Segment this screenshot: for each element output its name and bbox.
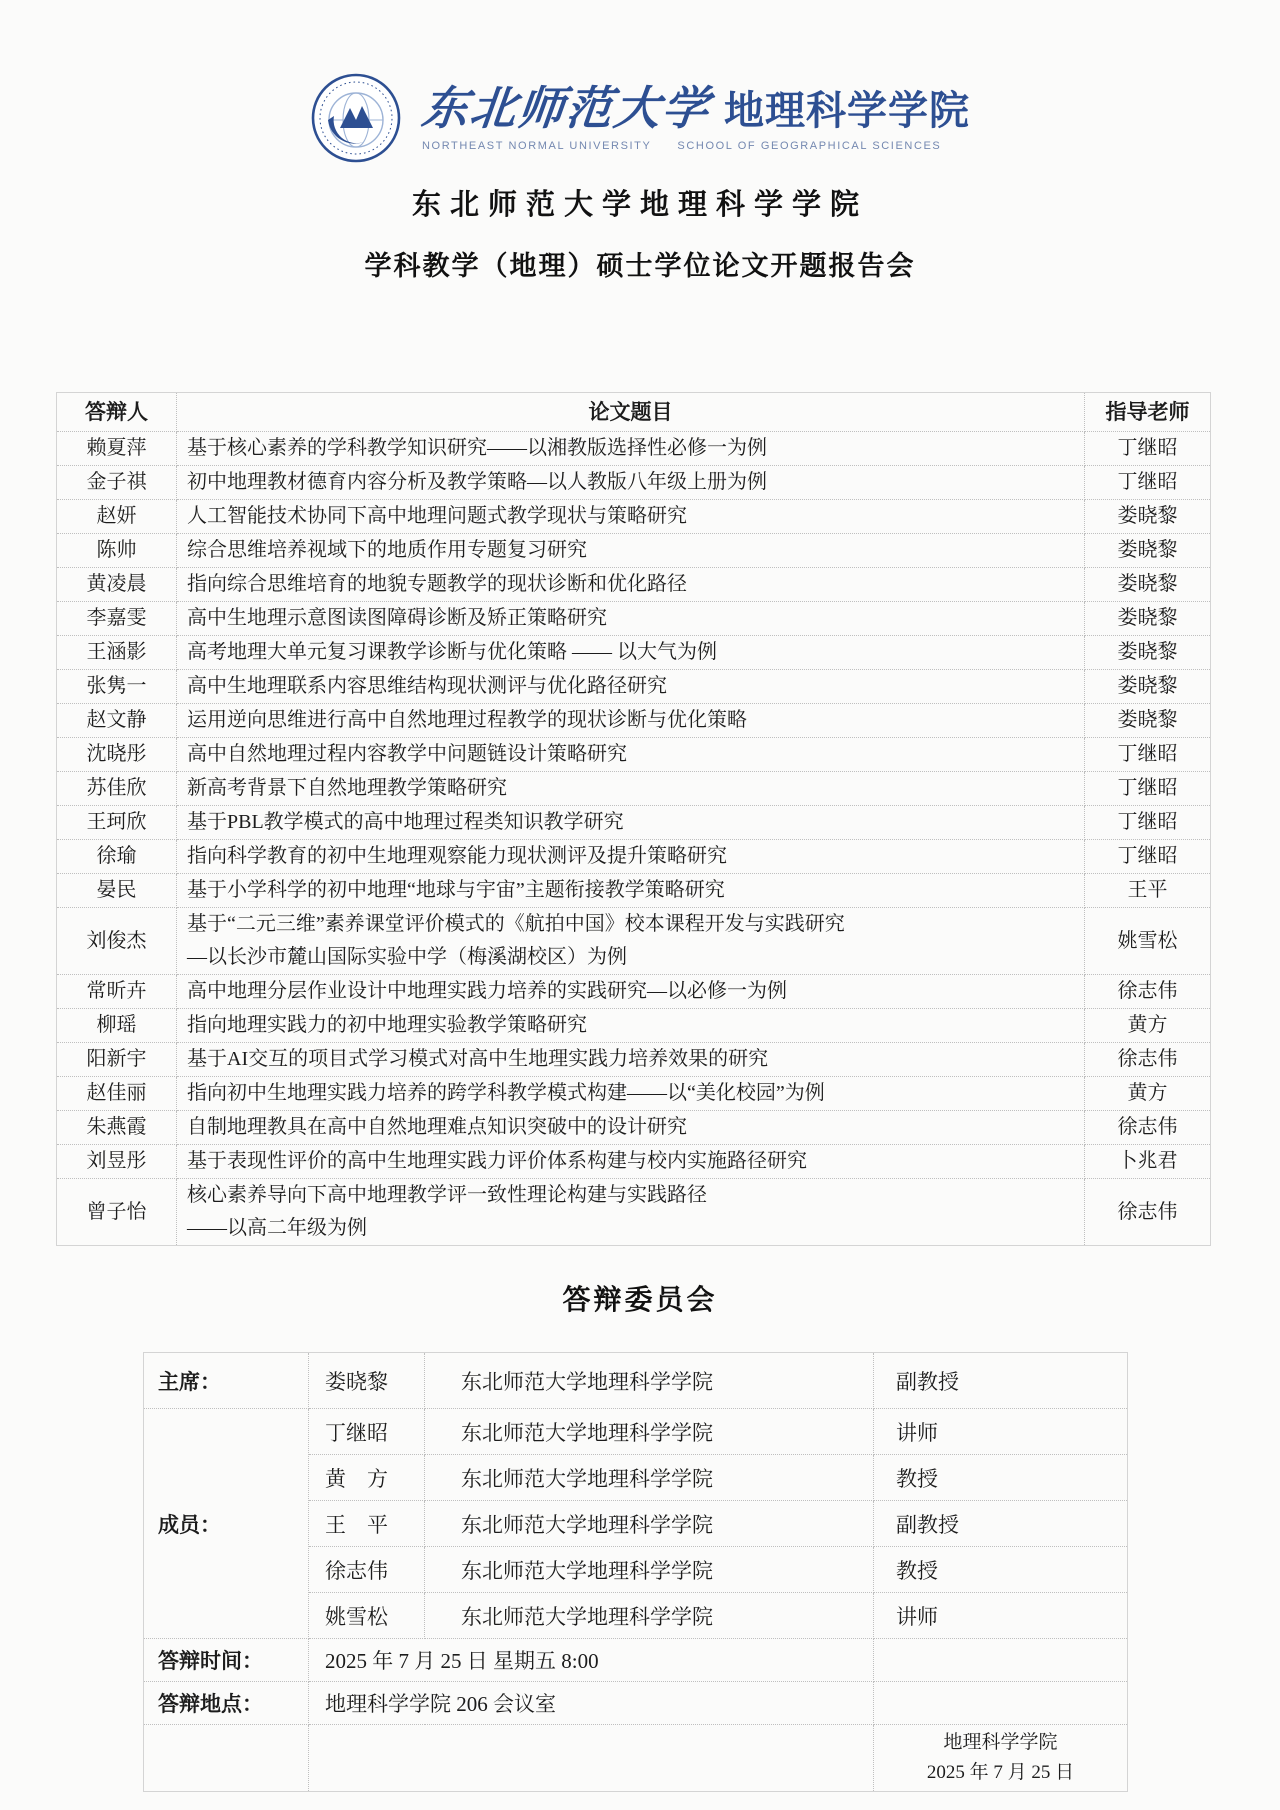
thesis-title-cell: 自制地理教具在高中自然地理难点知识突破中的设计研究 xyxy=(177,1111,1085,1145)
thesis-title-line: 基于小学科学的初中地理“地球与宇宙”主题衔接教学策略研究 xyxy=(187,874,1084,907)
member-name: 姚雪松 xyxy=(309,1593,425,1639)
thesis-title-cell: 核心素养导向下高中地理教学评一致性理论构建与实践路径——以高二年级为例 xyxy=(177,1179,1085,1246)
thesis-title-line: 基于“二元三维”素养课堂评价模式的《航拍中国》校本课程开发与实践研究 xyxy=(187,908,1084,941)
advisor-cell: 徐志伟 xyxy=(1085,975,1211,1009)
defense-table: 答辩人 论文题目 指导老师 赖夏萍基于核心素养的学科教学知识研究——以湘教版选择… xyxy=(56,392,1211,1246)
table-row: 赵佳丽指向初中生地理实践力培养的跨学科教学模式构建——以“美化校园”为例黄方 xyxy=(57,1077,1211,1111)
thesis-title-line: 高中生地理联系内容思维结构现状测评与优化路径研究 xyxy=(187,670,1084,703)
advisor-cell: 黄方 xyxy=(1085,1077,1211,1111)
advisor-cell: 丁继昭 xyxy=(1085,432,1211,466)
thesis-title-cell: 基于PBL教学模式的高中地理过程类知识教学研究 xyxy=(177,806,1085,840)
defender-name-cell: 张隽一 xyxy=(57,670,177,704)
thesis-title-line: 新高考背景下自然地理教学策略研究 xyxy=(187,772,1084,805)
chair-name: 娄晓黎 xyxy=(309,1353,425,1409)
thesis-title-cell: 高考地理大单元复习课教学诊断与优化策略 —— 以大气为例 xyxy=(177,636,1085,670)
table-row: 朱燕霞自制地理教具在高中自然地理难点知识突破中的设计研究徐志伟 xyxy=(57,1111,1211,1145)
committee-chair-row: 主席： 娄晓黎 东北师范大学地理科学学院 副教授 xyxy=(144,1353,1128,1409)
table-row: 曾子怡核心素养导向下高中地理教学评一致性理论构建与实践路径——以高二年级为例徐志… xyxy=(57,1179,1211,1246)
table-row: 黄凌晨指向综合思维培育的地貌专题教学的现状诊断和优化路径娄晓黎 xyxy=(57,568,1211,602)
thesis-title-cell: 基于“二元三维”素养课堂评价模式的《航拍中国》校本课程开发与实践研究—以长沙市麓… xyxy=(177,908,1085,975)
signature-cell: 地理科学学院 2025 年 7 月 25 日 xyxy=(874,1725,1128,1792)
defender-name-cell: 黄凌晨 xyxy=(57,568,177,602)
logo-university-name-en: NORTHEAST NORMAL UNIVERSITY xyxy=(422,140,651,152)
defender-name-cell: 常昕卉 xyxy=(57,975,177,1009)
thesis-title-line: 核心素养导向下高中地理教学评一致性理论构建与实践路径 xyxy=(187,1179,1084,1212)
defender-name-cell: 赖夏萍 xyxy=(57,432,177,466)
table-row: 刘俊杰基于“二元三维”素养课堂评价模式的《航拍中国》校本课程开发与实践研究—以长… xyxy=(57,908,1211,975)
advisor-cell: 娄晓黎 xyxy=(1085,602,1211,636)
thesis-title-cell: 基于AI交互的项目式学习模式对高中生地理实践力培养效果的研究 xyxy=(177,1043,1085,1077)
advisor-cell: 丁继昭 xyxy=(1085,806,1211,840)
thesis-title-line: 高中自然地理过程内容教学中问题链设计策略研究 xyxy=(187,738,1084,771)
thesis-title-line: 指向科学教育的初中生地理观察能力现状测评及提升策略研究 xyxy=(187,840,1084,873)
member-affiliation: 东北师范大学地理科学学院 xyxy=(425,1593,874,1639)
advisor-cell: 丁继昭 xyxy=(1085,840,1211,874)
logo-university-name: 东北师范大学 xyxy=(420,85,713,131)
table-row: 刘昱彤基于表现性评价的高中生地理实践力评价体系构建与校内实施路径研究卜兆君 xyxy=(57,1145,1211,1179)
defender-name-cell: 赵文静 xyxy=(57,704,177,738)
page-subtitle: 学科教学（地理）硕士学位论文开题报告会 xyxy=(0,244,1280,283)
advisor-cell: 王平 xyxy=(1085,874,1211,908)
thesis-title-line: 人工智能技术协同下高中地理问题式教学现状与策略研究 xyxy=(187,500,1084,533)
defense-place-row: 答辩地点： 地理科学学院 206 会议室 xyxy=(144,1682,1128,1725)
advisor-cell: 徐志伟 xyxy=(1085,1179,1211,1246)
defender-name-cell: 赵佳丽 xyxy=(57,1077,177,1111)
member-name: 黄 方 xyxy=(309,1455,425,1501)
thesis-title-cell: 基于核心素养的学科教学知识研究——以湘教版选择性必修一为例 xyxy=(177,432,1085,466)
chair-affiliation: 东北师范大学地理科学学院 xyxy=(425,1353,874,1409)
member-affiliation: 东北师范大学地理科学学院 xyxy=(425,1455,874,1501)
chair-label: 主席： xyxy=(144,1353,309,1409)
member-rank: 讲师 xyxy=(874,1409,1128,1455)
thesis-title-cell: 综合思维培养视域下的地质作用专题复习研究 xyxy=(177,534,1085,568)
table-row: 柳瑶指向地理实践力的初中地理实验教学策略研究黄方 xyxy=(57,1009,1211,1043)
place-row-empty-cell xyxy=(874,1682,1128,1725)
thesis-title-line: 高考地理大单元复习课教学诊断与优化策略 —— 以大气为例 xyxy=(187,636,1084,669)
member-affiliation: 东北师范大学地理科学学院 xyxy=(425,1501,874,1547)
advisor-cell: 娄晓黎 xyxy=(1085,568,1211,602)
thesis-title-line: 高中生地理示意图读图障碍诊断及矫正策略研究 xyxy=(187,602,1084,635)
advisor-cell: 徐志伟 xyxy=(1085,1043,1211,1077)
defender-name-cell: 苏佳欣 xyxy=(57,772,177,806)
member-rank: 教授 xyxy=(874,1455,1128,1501)
committee-table: 主席： 娄晓黎 东北师范大学地理科学学院 副教授 成员：丁继昭东北师范大学地理科… xyxy=(143,1352,1128,1792)
thesis-title-line: 基于AI交互的项目式学习模式对高中生地理实践力培养效果的研究 xyxy=(187,1043,1084,1076)
defender-name-cell: 王珂欣 xyxy=(57,806,177,840)
thesis-title-cell: 高中生地理示意图读图障碍诊断及矫正策略研究 xyxy=(177,602,1085,636)
school-logo: 东北师范大学 地理科学学院 NORTHEAST NORMAL UNIVERSIT… xyxy=(0,72,1280,164)
thesis-title-cell: 基于表现性评价的高中生地理实践力评价体系构建与校内实施路径研究 xyxy=(177,1145,1085,1179)
thesis-title-cell: 高中生地理联系内容思维结构现状测评与优化路径研究 xyxy=(177,670,1085,704)
defender-name-cell: 阳新宇 xyxy=(57,1043,177,1077)
advisor-cell: 娄晓黎 xyxy=(1085,670,1211,704)
logo-school-name: 地理科学学院 xyxy=(724,91,970,131)
member-rank: 副教授 xyxy=(874,1501,1128,1547)
defense-table-body: 赖夏萍基于核心素养的学科教学知识研究——以湘教版选择性必修一为例丁继昭金子祺初中… xyxy=(57,432,1211,1246)
committee-table-body: 主席： 娄晓黎 东北师范大学地理科学学院 副教授 成员：丁继昭东北师范大学地理科… xyxy=(144,1353,1128,1792)
table-row: 赵文静运用逆向思维进行高中自然地理过程教学的现状诊断与优化策略娄晓黎 xyxy=(57,704,1211,738)
advisor-cell: 姚雪松 xyxy=(1085,908,1211,975)
place-value: 地理科学学院 206 会议室 xyxy=(309,1682,874,1725)
defender-name-cell: 刘俊杰 xyxy=(57,908,177,975)
thesis-title-cell: 运用逆向思维进行高中自然地理过程教学的现状诊断与优化策略 xyxy=(177,704,1085,738)
member-name: 丁继昭 xyxy=(309,1409,425,1455)
logo-school-name-en: SCHOOL OF GEOGRAPHICAL SCIENCES xyxy=(677,140,941,152)
table-row: 徐瑜指向科学教育的初中生地理观察能力现状测评及提升策略研究丁继昭 xyxy=(57,840,1211,874)
advisor-cell: 娄晓黎 xyxy=(1085,534,1211,568)
place-label: 答辩地点： xyxy=(144,1682,309,1725)
thesis-title-line: 指向初中生地理实践力培养的跨学科教学模式构建——以“美化校园”为例 xyxy=(187,1077,1084,1110)
member-rank: 教授 xyxy=(874,1547,1128,1593)
advisor-cell: 娄晓黎 xyxy=(1085,500,1211,534)
advisor-cell: 卜兆君 xyxy=(1085,1145,1211,1179)
members-label: 成员： xyxy=(144,1409,309,1639)
defender-name-cell: 李嘉雯 xyxy=(57,602,177,636)
defender-name-cell: 朱燕霞 xyxy=(57,1111,177,1145)
advisor-cell: 徐志伟 xyxy=(1085,1111,1211,1145)
signature-row: 地理科学学院 2025 年 7 月 25 日 xyxy=(144,1725,1128,1792)
signature-date: 2025 年 7 月 25 日 xyxy=(874,1758,1127,1788)
chair-rank: 副教授 xyxy=(874,1353,1128,1409)
table-row: 晏民基于小学科学的初中地理“地球与宇宙”主题衔接教学策略研究王平 xyxy=(57,874,1211,908)
thesis-title-cell: 指向科学教育的初中生地理观察能力现状测评及提升策略研究 xyxy=(177,840,1085,874)
defender-name-cell: 金子祺 xyxy=(57,466,177,500)
thesis-title-line: ——以高二年级为例 xyxy=(187,1212,1084,1245)
thesis-title-line: 自制地理教具在高中自然地理难点知识突破中的设计研究 xyxy=(187,1111,1084,1144)
thesis-title-line: 基于核心素养的学科教学知识研究——以湘教版选择性必修一为例 xyxy=(187,432,1084,465)
thesis-title-cell: 高中地理分层作业设计中地理实践力培养的实践研究—以必修一为例 xyxy=(177,975,1085,1009)
thesis-title-cell: 初中地理教材德育内容分析及教学策略—以人教版八年级上册为例 xyxy=(177,466,1085,500)
thesis-title-line: 基于PBL教学模式的高中地理过程类知识教学研究 xyxy=(187,806,1084,839)
thesis-title-cell: 指向初中生地理实践力培养的跨学科教学模式构建——以“美化校园”为例 xyxy=(177,1077,1085,1111)
time-value: 2025 年 7 月 25 日 星期五 8:00 xyxy=(309,1639,874,1682)
member-name: 王 平 xyxy=(309,1501,425,1547)
thesis-title-line: 指向地理实践力的初中地理实验教学策略研究 xyxy=(187,1009,1084,1042)
defender-name-cell: 刘昱彤 xyxy=(57,1145,177,1179)
signature-row-empty-label xyxy=(144,1725,309,1792)
document-page: 东北师范大学 地理科学学院 NORTHEAST NORMAL UNIVERSIT… xyxy=(0,0,1280,1810)
table-row: 李嘉雯高中生地理示意图读图障碍诊断及矫正策略研究娄晓黎 xyxy=(57,602,1211,636)
defender-name-cell: 赵妍 xyxy=(57,500,177,534)
table-row: 沈晓彤高中自然地理过程内容教学中问题链设计策略研究丁继昭 xyxy=(57,738,1211,772)
thesis-title-line: 运用逆向思维进行高中自然地理过程教学的现状诊断与优化策略 xyxy=(187,704,1084,737)
defense-table-header-row: 答辩人 论文题目 指导老师 xyxy=(57,393,1211,432)
table-row: 陈帅综合思维培养视域下的地质作用专题复习研究娄晓黎 xyxy=(57,534,1211,568)
advisor-cell: 娄晓黎 xyxy=(1085,704,1211,738)
thesis-title-cell: 高中自然地理过程内容教学中问题链设计策略研究 xyxy=(177,738,1085,772)
defender-name-cell: 徐瑜 xyxy=(57,840,177,874)
signature-school: 地理科学学院 xyxy=(874,1728,1127,1758)
thesis-title-cell: 指向综合思维培育的地貌专题教学的现状诊断和优化路径 xyxy=(177,568,1085,602)
signature-row-empty-cell xyxy=(309,1725,874,1792)
member-name: 徐志伟 xyxy=(309,1547,425,1593)
member-affiliation: 东北师范大学地理科学学院 xyxy=(425,1409,874,1455)
thesis-title-line: 综合思维培养视域下的地质作用专题复习研究 xyxy=(187,534,1084,567)
thesis-title-line: 基于表现性评价的高中生地理实践力评价体系构建与校内实施路径研究 xyxy=(187,1145,1084,1178)
thesis-title-line: —以长沙市麓山国际实验中学（梅溪湖校区）为例 xyxy=(187,941,1084,974)
table-row: 王珂欣基于PBL教学模式的高中地理过程类知识教学研究丁继昭 xyxy=(57,806,1211,840)
advisor-cell: 丁继昭 xyxy=(1085,466,1211,500)
time-label: 答辩时间： xyxy=(144,1639,309,1682)
header-thesis-title: 论文题目 xyxy=(177,393,1085,432)
thesis-title-cell: 人工智能技术协同下高中地理问题式教学现状与策略研究 xyxy=(177,500,1085,534)
defender-name-cell: 晏民 xyxy=(57,874,177,908)
table-row: 赵妍人工智能技术协同下高中地理问题式教学现状与策略研究娄晓黎 xyxy=(57,500,1211,534)
defender-name-cell: 陈帅 xyxy=(57,534,177,568)
member-affiliation: 东北师范大学地理科学学院 xyxy=(425,1547,874,1593)
defender-name-cell: 王涵影 xyxy=(57,636,177,670)
committee-heading: 答辩委员会 xyxy=(0,1278,1280,1318)
advisor-cell: 丁继昭 xyxy=(1085,772,1211,806)
member-rank: 讲师 xyxy=(874,1593,1128,1639)
thesis-title-cell: 基于小学科学的初中地理“地球与宇宙”主题衔接教学策略研究 xyxy=(177,874,1085,908)
thesis-title-line: 初中地理教材德育内容分析及教学策略—以人教版八年级上册为例 xyxy=(187,466,1084,499)
page-title: 东北师范大学地理科学学院 xyxy=(0,182,1280,223)
advisor-cell: 黄方 xyxy=(1085,1009,1211,1043)
thesis-title-cell: 指向地理实践力的初中地理实验教学策略研究 xyxy=(177,1009,1085,1043)
table-row: 苏佳欣新高考背景下自然地理教学策略研究丁继昭 xyxy=(57,772,1211,806)
advisor-cell: 丁继昭 xyxy=(1085,738,1211,772)
university-seal-icon xyxy=(310,72,402,164)
table-row: 常昕卉高中地理分层作业设计中地理实践力培养的实践研究—以必修一为例徐志伟 xyxy=(57,975,1211,1009)
table-row: 张隽一高中生地理联系内容思维结构现状测评与优化路径研究娄晓黎 xyxy=(57,670,1211,704)
time-row-empty-cell xyxy=(874,1639,1128,1682)
defender-name-cell: 沈晓彤 xyxy=(57,738,177,772)
defender-name-cell: 柳瑶 xyxy=(57,1009,177,1043)
header-advisor: 指导老师 xyxy=(1085,393,1211,432)
header-defender: 答辩人 xyxy=(57,393,177,432)
committee-member-row: 成员：丁继昭东北师范大学地理科学学院讲师 xyxy=(144,1409,1128,1455)
table-row: 赖夏萍基于核心素养的学科教学知识研究——以湘教版选择性必修一为例丁继昭 xyxy=(57,432,1211,466)
thesis-title-line: 指向综合思维培育的地貌专题教学的现状诊断和优化路径 xyxy=(187,568,1084,601)
table-row: 阳新宇基于AI交互的项目式学习模式对高中生地理实践力培养效果的研究徐志伟 xyxy=(57,1043,1211,1077)
thesis-title-cell: 新高考背景下自然地理教学策略研究 xyxy=(177,772,1085,806)
advisor-cell: 娄晓黎 xyxy=(1085,636,1211,670)
table-row: 金子祺初中地理教材德育内容分析及教学策略—以人教版八年级上册为例丁继昭 xyxy=(57,466,1211,500)
thesis-title-line: 高中地理分层作业设计中地理实践力培养的实践研究—以必修一为例 xyxy=(187,975,1084,1008)
logo-wordmark: 东北师范大学 地理科学学院 NORTHEAST NORMAL UNIVERSIT… xyxy=(422,85,970,152)
defense-time-row: 答辩时间： 2025 年 7 月 25 日 星期五 8:00 xyxy=(144,1639,1128,1682)
defender-name-cell: 曾子怡 xyxy=(57,1179,177,1246)
table-row: 王涵影高考地理大单元复习课教学诊断与优化策略 —— 以大气为例娄晓黎 xyxy=(57,636,1211,670)
